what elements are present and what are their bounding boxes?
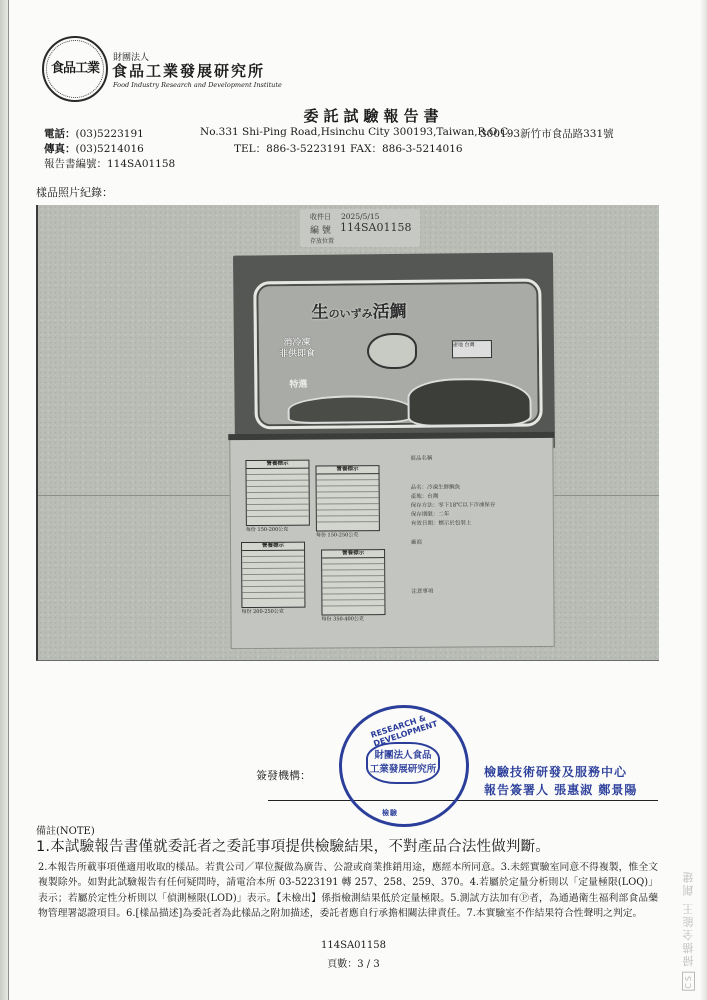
org-name-en: Food Industry Research and Development I…: [113, 81, 282, 89]
nutrition-table: 營養標示: [245, 460, 309, 526]
issuer-label: 簽發機構：: [256, 767, 311, 783]
package-info-text: 商品名稱 品名：冷凍生鮮鯛魚 產地：台灣 保存方法：零下18℃以下冷凍保存 保存…: [410, 454, 541, 597]
photo-section-label: 樣品照片紀錄：: [36, 184, 113, 200]
scan-edge-right: [701, 0, 707, 1000]
stamp-ring-text: RESEARCH & DEVELOPMENT: [370, 702, 467, 749]
brand-kanji-1: 生: [311, 303, 328, 323]
nutrition-caption: 每份 150-200公克: [246, 526, 288, 533]
note-item-1: 1.本試驗報告書僅就委託者之委託事項提供檢驗結果，不對產品合法性做判斷。: [36, 835, 550, 856]
tel-fax-line: TEL：886-3-5223191 FAX：886-3-5214016: [234, 141, 463, 156]
fish-illustration-icon: [367, 333, 417, 370]
nutrition-table: 營養標示: [321, 549, 385, 615]
nutrition-table: 營養標示: [241, 542, 305, 608]
sticker-number: 114SA01158: [340, 221, 411, 234]
package-back: 營養標示 每份 150-200公克 營養標示 每份 150-250公克 營養標示…: [229, 435, 554, 649]
stamp-bottom-text: 檢驗: [382, 808, 398, 818]
info-line: 商品名稱: [410, 454, 540, 464]
info-line: 有效日期：標示於包裝上: [411, 519, 541, 529]
institute-stamp-icon: RESEARCH & DEVELOPMENT 財團法人食品 工業發展研究所 檢驗: [339, 705, 469, 827]
scan-edge-left: [0, 0, 9, 1000]
report-title: 委託試驗報告書: [0, 105, 707, 126]
institute-seal-icon: 食品工業: [42, 36, 108, 102]
footer-report-number: 114SA01158: [0, 940, 707, 951]
sticker-extra-label: 存放位置: [310, 236, 334, 245]
brand-kana: のいずみ: [329, 307, 373, 320]
nutrition-table: 營養標示: [315, 465, 379, 531]
nutrition-caption: 每份 200-250公克: [241, 608, 283, 615]
package-front-edge: [228, 432, 554, 440]
notes-body: 2.本報告所載事項僅適用收取的樣品。若貴公司／單位擬做為廣告、公證或商業推銷用途…: [38, 860, 658, 922]
address-en: No.331 Shi-Ping Road,Hsinchu City 300193…: [200, 126, 511, 138]
seal-ring: [46, 40, 104, 98]
note-select: 特選: [289, 377, 307, 390]
stamp-center-line2: 工業發展研究所: [368, 763, 438, 777]
watermark-text: 掃描全能王 創建: [682, 870, 695, 967]
page-number: 頁數：3 / 3: [0, 955, 707, 970]
fax-value: (03)5214016: [76, 143, 144, 155]
note-not-ready: 非供即食: [279, 349, 315, 360]
address-zh: 300193新竹市食品路331號: [480, 126, 614, 141]
sticker-number-label: 編 號: [310, 223, 331, 236]
report-number-value: 114SA01158: [107, 158, 175, 170]
nutrition-caption: 每份 350-400公克: [322, 615, 364, 622]
signatory-line: 報告簽署人 張惠淑 鄭景陽: [484, 781, 637, 798]
cloud-decoration: [407, 378, 531, 427]
report-number-line: 報告書編號：114SA01158: [44, 156, 175, 171]
cs-badge-icon: CS: [682, 972, 695, 991]
sticker-date-label: 收件日: [310, 212, 331, 222]
signature-line: [268, 800, 658, 801]
phone-label: 電話：: [44, 128, 76, 140]
nutrition-caption: 每份 150-250公克: [316, 531, 358, 538]
org-name: 食品工業發展研究所: [112, 60, 265, 81]
report-number-label: 報告書編號：: [44, 158, 107, 170]
scanner-watermark: CS 掃描全能王 創建: [681, 870, 697, 991]
sticker-date: 2025/5/15: [341, 212, 379, 221]
center-name: 檢驗技術研發及服務中心: [484, 763, 627, 780]
origin-badge: 產地 台灣: [452, 340, 492, 358]
stamp-center-line1: 財團法人食品: [368, 749, 438, 763]
fax-label: 傳真：: [44, 143, 76, 155]
package-front: 生のいずみ活鯛 消冷凍 非供即食 特選 產地 台灣: [233, 252, 555, 451]
note-frozen: 消冷凍: [279, 338, 315, 349]
info-line: 注意事項: [411, 587, 541, 597]
fax-line: 傳真：(03)5214016: [44, 141, 144, 156]
stamp-center: 財團法人食品 工業發展研究所: [366, 742, 440, 784]
info-line: 廠商: [411, 538, 541, 548]
sample-sticker: 收件日 2025/5/15 編 號 114SA01158 存放位置: [300, 209, 420, 247]
brand-kanji-2: 活鯛: [372, 302, 406, 322]
package-brand: 生のいずみ活鯛: [311, 297, 406, 323]
package-label-frame: 生のいずみ活鯛 消冷凍 非供即食 特選 產地 台灣: [253, 278, 543, 429]
phone-line: 電話：(03)5223191: [44, 126, 144, 141]
phone-value: (03)5223191: [76, 128, 144, 140]
wave-decoration: [287, 395, 411, 424]
package-notes: 消冷凍 非供即食: [279, 338, 315, 360]
